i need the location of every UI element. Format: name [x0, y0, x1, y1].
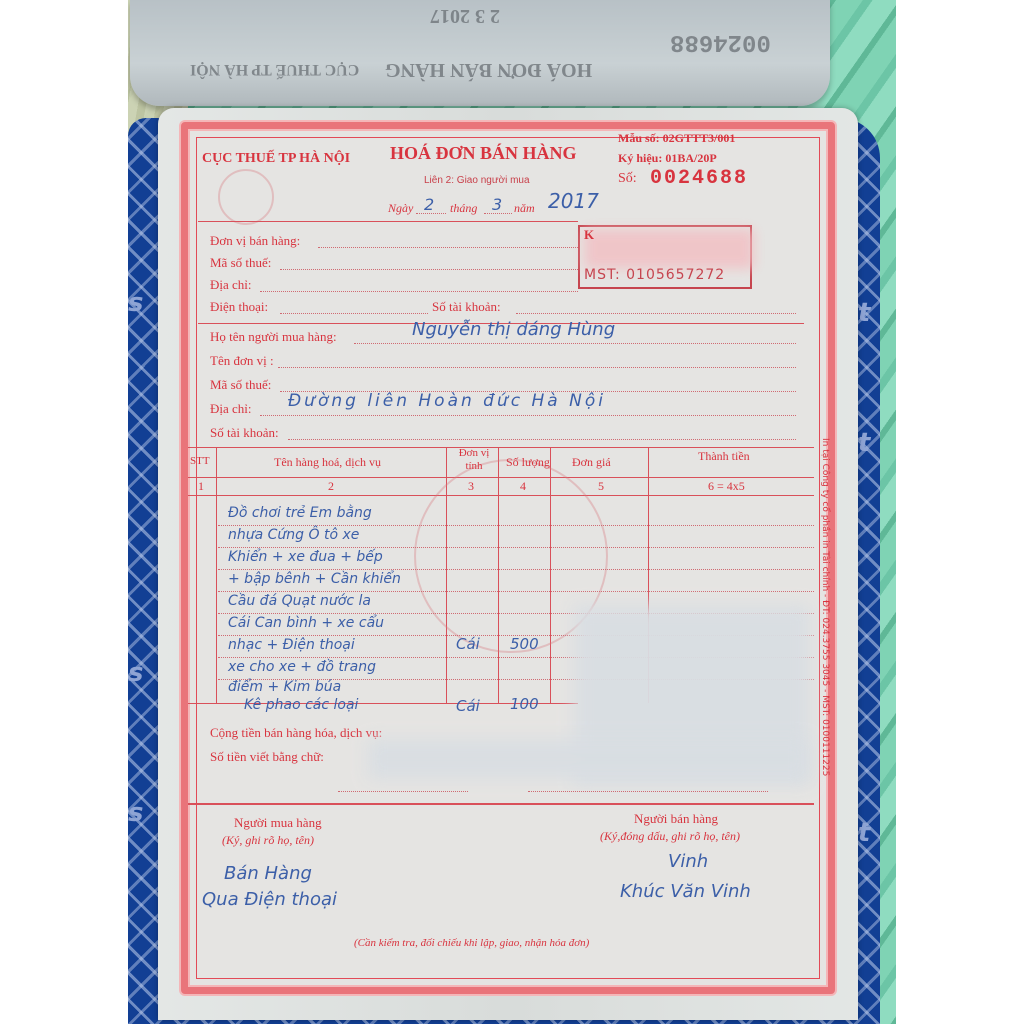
seller-signature-hint: (Ký,đóng dấu, ghi rõ họ, tên) [600, 829, 740, 844]
col-index-2: 2 [328, 479, 334, 494]
col-index-6: 6 = 4x5 [708, 479, 745, 494]
row1-unit: Cái [456, 635, 480, 653]
row1-desc-line: nhựa Cứng Ô tô xe [228, 527, 359, 543]
date-day: 2 [424, 195, 434, 214]
copy-label: Liên 2: Giao người mua [424, 175, 530, 186]
printer-info: In tại Công ty cổ phần in Tài chính - ĐT… [820, 438, 830, 776]
col-index-5: 5 [598, 479, 604, 494]
buyer-name[interactable]: Nguyễn thị dáng Hùng [412, 319, 615, 340]
redacted-total-words [368, 739, 808, 779]
buyer-unit-label: Tên đơn vị : [210, 353, 274, 369]
mirrored-number: 0024688 [670, 28, 771, 55]
col-header-name: Tên hàng hoá, dịch vụ [274, 455, 381, 470]
col-index-1: 1 [198, 479, 204, 494]
date-month: 3 [492, 195, 502, 214]
row1-desc-line: Đồ chơi trẻ Em bằng [228, 505, 372, 521]
col-header-price: Đơn giá [572, 455, 611, 470]
serial-symbol: Ký hiệu: 01BA/20P [618, 151, 717, 166]
folder-brand-text: s [128, 288, 143, 318]
date-month-label: tháng [450, 201, 477, 216]
row2-desc-line: điểm + Kim búa [228, 679, 341, 695]
col-header-stt: STT [190, 455, 210, 467]
mirrored-date: 2 3 2017 [430, 4, 500, 27]
row1-desc-line: + bập bênh + Cần khiển [228, 571, 401, 587]
buyer-signature-line2: Qua Điện thoại [202, 889, 337, 910]
row1-desc-line: Cái Can bình + xe cẩu [228, 615, 384, 631]
mirrored-issuer: CỤC THUẾ TP HÀ NỘI [190, 60, 359, 78]
seller-address-label: Địa chỉ: [210, 277, 252, 293]
row2-quantity: 100 [510, 695, 539, 713]
date-year-label: năm [514, 201, 535, 216]
folder-brand-text: s [128, 798, 143, 828]
date-year: 2017 [548, 189, 599, 213]
col-index-4: 4 [520, 479, 526, 494]
date-day-label: Ngày [388, 201, 413, 216]
buyer-signature-line1: Bán Hàng [224, 863, 312, 884]
emblem-icon [218, 169, 274, 225]
footer-note: (Cần kiểm tra, đối chiếu khi lập, giao, … [354, 937, 589, 949]
invoice-border: CỤC THUẾ TP HÀ NỘI HOÁ ĐƠN BÁN HÀNG Liên… [181, 122, 835, 994]
buyer-signature-title: Người mua hàng [234, 815, 322, 831]
redacted-seller-name [584, 229, 754, 269]
form-number: Mẫu số: 02GTTT3/001 [618, 131, 735, 146]
seller-phone-label: Điện thoại: [210, 299, 268, 315]
buyer-tax-label: Mã số thuế: [210, 377, 271, 393]
row2-desc-line: xe cho xe + đồ trang [228, 659, 376, 675]
number-label: Số: [618, 171, 637, 187]
invoice-number: 0024688 [650, 167, 748, 190]
col-header-quantity: Số lượng [506, 455, 550, 470]
seller-account-label: Số tài khoản: [432, 299, 501, 315]
row1-quantity: 500 [510, 635, 539, 653]
row1-desc-line: Cầu đá Quạt nước la [228, 593, 371, 609]
col-index-3: 3 [468, 479, 474, 494]
amount-in-words-label: Số tiền viết bằng chữ: [210, 749, 324, 765]
folder-brand-text: s [128, 658, 143, 688]
buyer-account-label: Số tài khoản: [210, 425, 279, 441]
seller-unit-label: Đơn vị bán hàng: [210, 233, 300, 249]
mirrored-title: HOÁ ĐƠN BÁN HÀNG [385, 58, 592, 81]
row2-desc-line: Kê phao các loại [244, 697, 358, 713]
seller-stamp-tax-code: MST: 0105657272 [584, 267, 725, 283]
row1-desc-line: nhạc + Điện thoại [228, 637, 355, 653]
invoice-sheet: CỤC THUẾ TP HÀ NỘI HOÁ ĐƠN BÁN HÀNG Liên… [158, 108, 858, 1020]
seller-signature-line1: Vinh [668, 851, 708, 872]
row2-unit: Cái [456, 697, 480, 715]
back-page-curl: 2 3 2017 0024688 CỤC THUẾ TP HÀ NỘI HOÁ … [130, 0, 830, 106]
total-label: Cộng tiền bán hàng hóa, dịch vụ: [210, 725, 382, 741]
buyer-address[interactable]: Đường liên Hoàn đức Hà Nội [288, 391, 606, 411]
seller-tax-label: Mã số thuế: [210, 255, 271, 271]
buyer-signature-hint: (Ký, ghi rõ họ, tên) [222, 833, 314, 848]
buyer-address-label: Địa chỉ: [210, 401, 252, 417]
col-header-unit: Đơn vị tính [452, 447, 496, 473]
buyer-name-label: Họ tên người mua hàng: [210, 329, 337, 345]
seller-signature-title: Người bán hàng [634, 811, 718, 827]
invoice-photo: s s s ot ot ot 2 3 2017 0024688 CỤC THUẾ… [128, 0, 896, 1024]
row1-desc-line: Khiển + xe đua + bếp [228, 549, 383, 565]
stamp-prefix: K [584, 227, 594, 243]
seller-signature-line2: Khúc Văn Vinh [620, 881, 751, 902]
col-header-amount: Thành tiền [698, 449, 750, 464]
invoice-title: HOÁ ĐƠN BÁN HÀNG [390, 143, 577, 164]
issuer: CỤC THUẾ TP HÀ NỘI [202, 151, 350, 167]
